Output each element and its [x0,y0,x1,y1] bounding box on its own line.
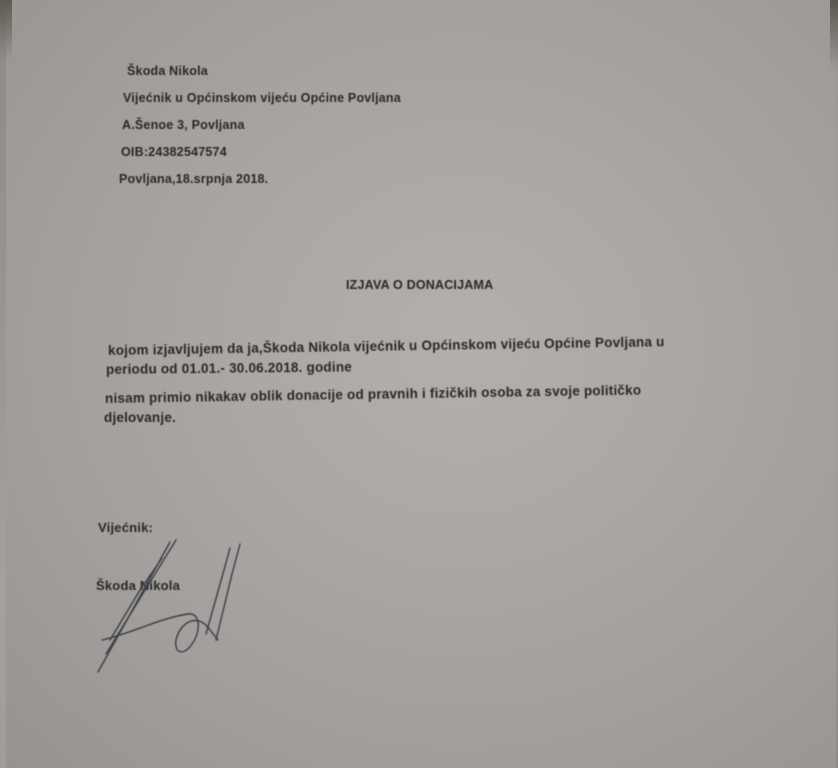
place-and-date: Povljana,18.srpnja 2018. [119,172,268,186]
document-photo: Škoda Nikola Vijećnik u Općinskom vijeću… [0,0,838,768]
background-edge-right [830,0,838,70]
background-edge-left [0,0,12,60]
author-position: Vijećnik u Općinskom vijeću Općine Povlj… [123,91,401,105]
handwritten-signature-icon [80,530,280,690]
document-title: IZJAVA O DONACIJAMA [346,278,493,292]
body-line: djelovanje. [104,410,176,425]
body-line: periodu od 01.01.- 30.06.2018. godine [106,359,352,377]
author-name: Škoda Nikola [127,64,208,78]
author-address: A.Šenoe 3, Povljana [122,118,245,132]
author-oib: OIB:24382547574 [121,145,227,159]
